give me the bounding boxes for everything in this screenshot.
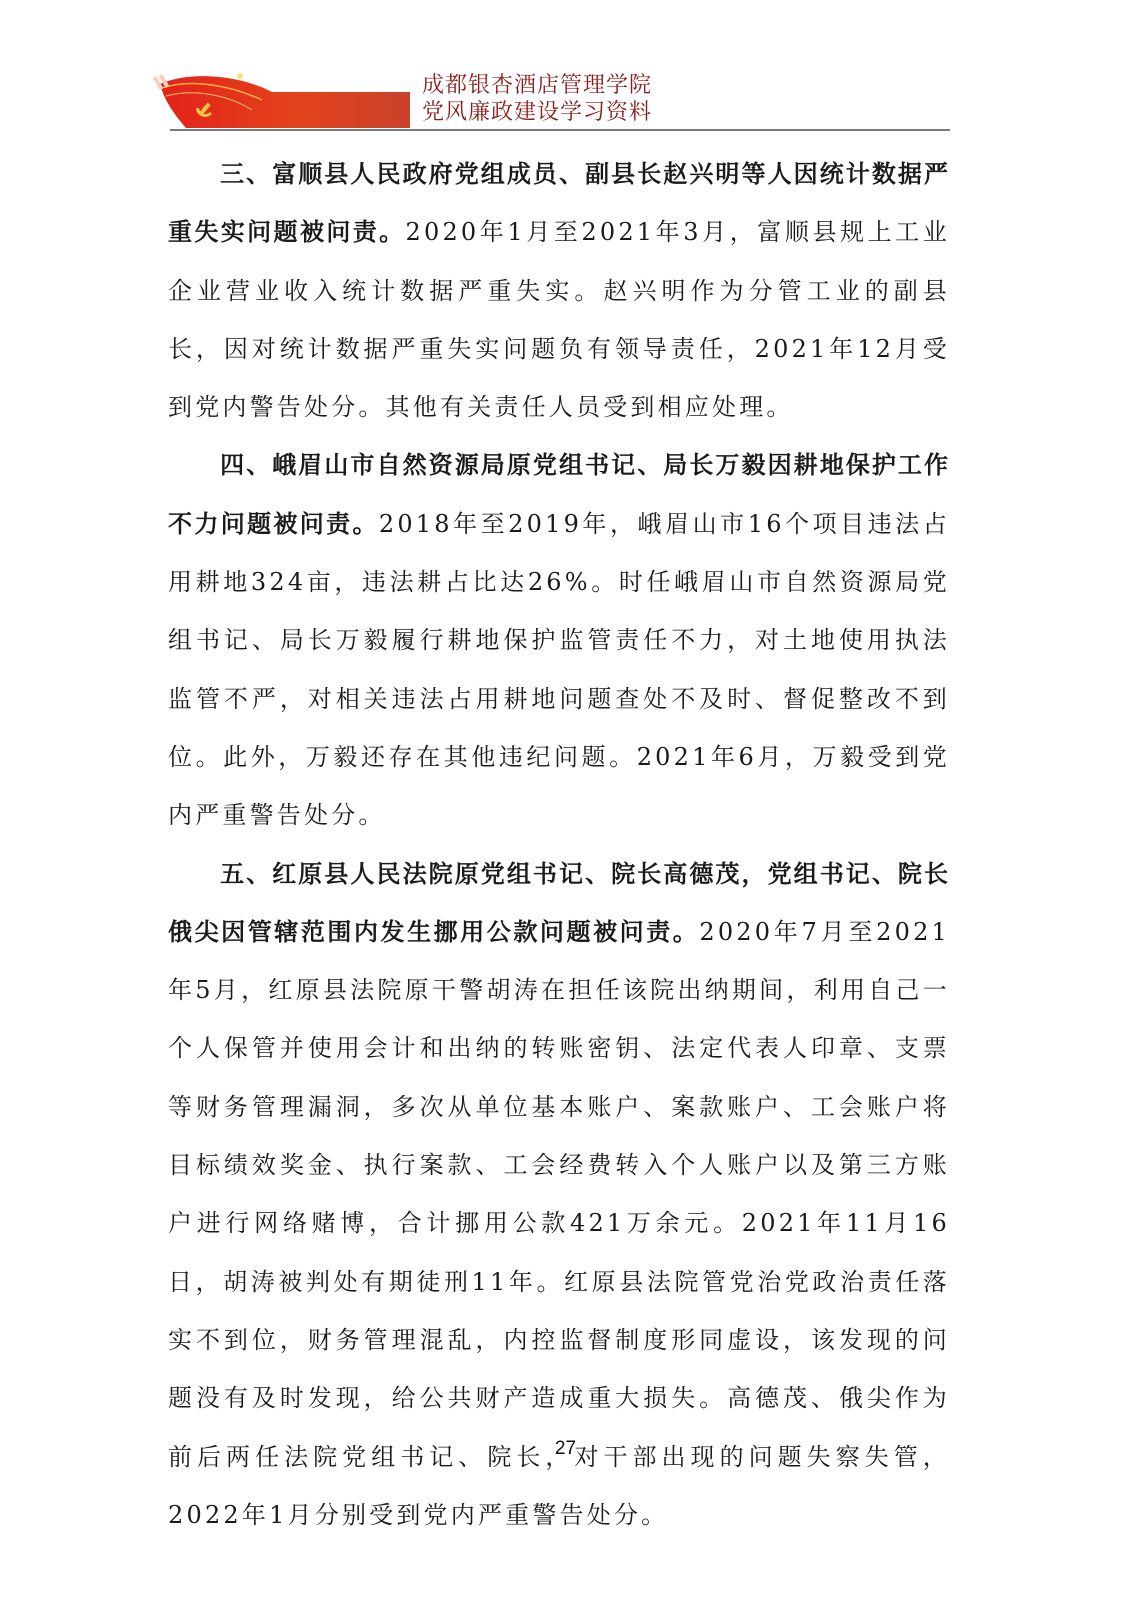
document-subtitle: 党风廉政建设学习资料: [422, 99, 652, 126]
page-number: 27: [0, 1438, 1131, 1460]
paragraph-text: 2018年至2019年，峨眉山市16个项目违法占用耕地324亩，违法耕占比达26…: [168, 510, 950, 829]
institution-name: 成都银杏酒店管理学院: [422, 72, 652, 99]
header-titles: 成都银杏酒店管理学院 党风廉政建设学习资料: [422, 72, 652, 126]
paragraph-4: 四、峨眉山市自然资源局原党组书记、局长万毅因耕地保护工作不力问题被问责。2018…: [168, 436, 950, 844]
document-body: 三、富顺县人民政府党组成员、副县长赵兴明等人因统计数据严重失实问题被问责。202…: [168, 145, 950, 1544]
document-header: 成都银杏酒店管理学院 党风廉政建设学习资料: [150, 66, 950, 130]
party-flag-banner-icon: [152, 70, 410, 128]
header-divider: [170, 129, 950, 131]
paragraph-text: 2020年1月至2021年3月，富顺县规上工业企业营业收入统计数据严重失实。赵兴…: [168, 218, 950, 421]
paragraph-3: 三、富顺县人民政府党组成员、副县长赵兴明等人因统计数据严重失实问题被问责。202…: [168, 145, 950, 436]
